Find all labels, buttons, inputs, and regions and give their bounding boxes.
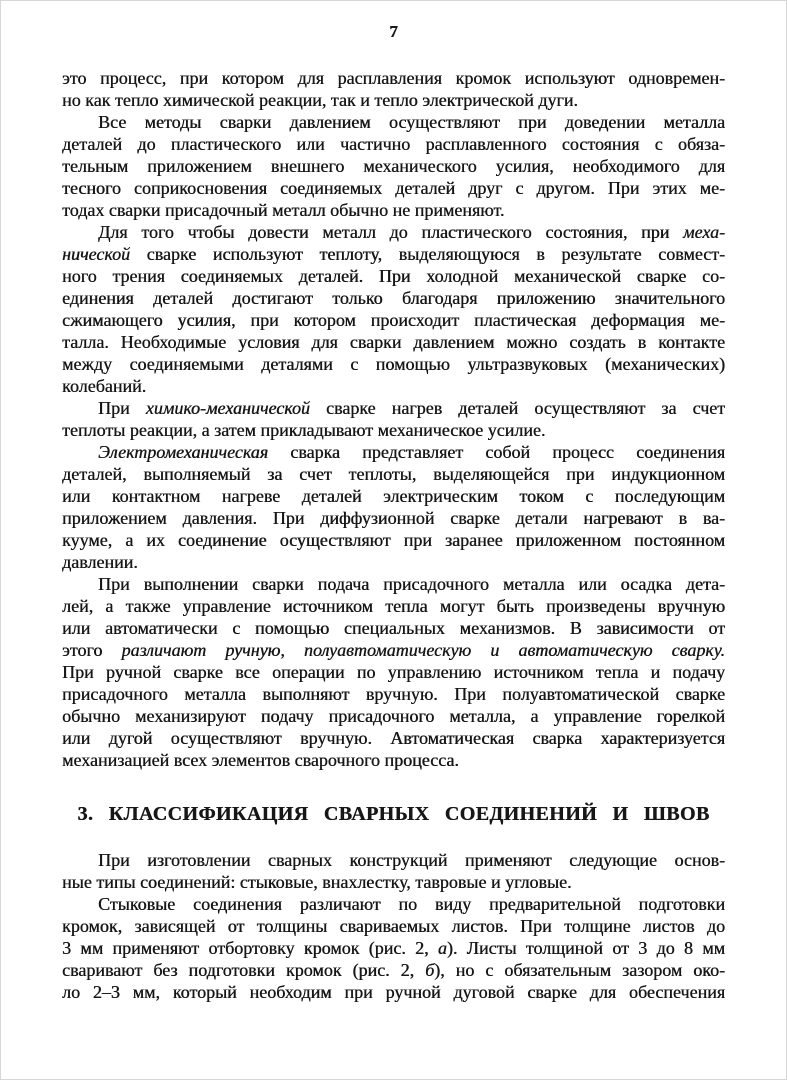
text-line: ного трения соединяемых деталей. При хол… bbox=[62, 265, 725, 287]
text-segment: При ручной сварке все операции по управл… bbox=[62, 662, 725, 682]
text-line: 3 мм применяют отбортовку кромок (рис. 2… bbox=[62, 937, 725, 959]
text-line: теплоты реакции, а затем прикладывают ме… bbox=[62, 419, 725, 441]
text-segment-italic: различают ручную, полуавтоматическую и а… bbox=[121, 640, 725, 660]
text-segment-italic: химико-механической bbox=[146, 398, 310, 418]
text-segment: ные типы соединений: стыковые, внахлестк… bbox=[62, 872, 571, 892]
text-line: или дугой осуществляют вручную. Автомати… bbox=[62, 727, 725, 749]
text-segment: ного трения соединяемых деталей. При хол… bbox=[62, 266, 725, 286]
text-segment: но как тепло химической реакции, так и т… bbox=[62, 90, 578, 110]
text-segment: При выполнении сварки подача присадочног… bbox=[98, 574, 725, 594]
text-section-after-heading: При изготовлении сварных конструкций при… bbox=[62, 849, 725, 1003]
text-segment: этого bbox=[62, 640, 121, 660]
text-section-before-heading: это процесс, при котором для расплавлени… bbox=[62, 67, 725, 771]
text-segment-italic: меха- bbox=[683, 222, 725, 242]
text-line: деталей до пластического или частично ра… bbox=[62, 133, 725, 155]
text-segment: деталей, выполняемый за счет теплоты, вы… bbox=[62, 464, 725, 484]
text-line: нической сварке используют теплоту, выде… bbox=[62, 243, 725, 265]
text-segment-italic: Электромеханическая bbox=[98, 442, 268, 462]
text-segment: При изготовлении сварных конструкций при… bbox=[98, 850, 725, 870]
text-segment: единения деталей достигают только благод… bbox=[62, 288, 725, 308]
text-line: но как тепло химической реакции, так и т… bbox=[62, 89, 725, 111]
text-segment: Для того чтобы довести металл до пластич… bbox=[98, 222, 683, 242]
text-segment: теплоты реакции, а затем прикладывают ме… bbox=[62, 420, 545, 440]
text-segment: Все методы сварки давлением осуществляют… bbox=[98, 112, 725, 132]
text-segment: кууме, а их соединение осуществляют при … bbox=[62, 530, 725, 550]
text-line: тесного соприкосновения соединяемых дета… bbox=[62, 177, 725, 199]
text-line: талла. Необходимые условия для сварки да… bbox=[62, 331, 725, 353]
text-segment: сварке нагрев деталей осуществляют за сч… bbox=[310, 398, 725, 418]
text-segment: сварке используют теплоту, выделяющуюся … bbox=[130, 244, 725, 264]
text-line: лей, а также управление источником тепла… bbox=[62, 595, 725, 617]
text-segment: это процесс, при котором для расплавлени… bbox=[62, 68, 725, 88]
text-segment: или дугой осуществляют вручную. Автомати… bbox=[62, 728, 725, 748]
text-line: Все методы сварки давлением осуществляют… bbox=[62, 111, 725, 133]
text-segment: ), но с обязательным зазором око- bbox=[434, 960, 725, 980]
text-line: сваривают без подготовки кромок (рис. 2,… bbox=[62, 959, 725, 981]
text-line: или контактном нагреве деталей электриче… bbox=[62, 485, 725, 507]
text-segment: механизацией всех элементов сварочного п… bbox=[62, 750, 459, 770]
text-segment: лей, а также управление источником тепла… bbox=[62, 596, 725, 616]
text-segment: тесного соприкосновения соединяемых дета… bbox=[62, 178, 725, 198]
text-segment: тельным приложением внешнего механическо… bbox=[62, 156, 725, 176]
text-line: между соединяемыми деталями с помощью ул… bbox=[62, 353, 725, 375]
text-line: При химико-механической сварке нагрев де… bbox=[62, 397, 725, 419]
text-line: При изготовлении сварных конструкций при… bbox=[62, 849, 725, 871]
text-line: Стыковые соединения различают по виду пр… bbox=[62, 893, 725, 915]
text-line: тодах сварки присадочный металл обычно н… bbox=[62, 199, 725, 221]
text-body: это процесс, при котором для расплавлени… bbox=[62, 67, 725, 1003]
text-line: колебаний. bbox=[62, 375, 725, 397]
text-segment: При bbox=[98, 398, 146, 418]
text-segment: ). Листы толщиной от 3 до 8 мм bbox=[447, 938, 725, 958]
text-line: механизацией всех элементов сварочного п… bbox=[62, 749, 725, 771]
text-line: При ручной сварке все операции по управл… bbox=[62, 661, 725, 683]
text-segment: колебаний. bbox=[62, 376, 146, 396]
text-segment: приложением давления. При диффузионной с… bbox=[62, 508, 725, 528]
text-line: Для того чтобы довести металл до пластич… bbox=[62, 221, 725, 243]
text-segment: сжимающего усилия, при котором происходи… bbox=[62, 310, 725, 330]
text-segment-italic: нической bbox=[62, 244, 130, 264]
text-segment: обычно механизируют подачу присадочного … bbox=[62, 706, 725, 726]
text-segment: давлении. bbox=[62, 552, 138, 572]
text-line: тельным приложением внешнего механическо… bbox=[62, 155, 725, 177]
text-line: Электромеханическая сварка представляет … bbox=[62, 441, 725, 463]
section-heading: 3. КЛАССИФИКАЦИЯ СВАРНЫХ СОЕДИНЕНИЙ И ШВ… bbox=[62, 802, 725, 826]
text-line: приложением давления. При диффузионной с… bbox=[62, 507, 725, 529]
text-line: или автоматически с помощью специальных … bbox=[62, 617, 725, 639]
text-segment: или автоматически с помощью специальных … bbox=[62, 618, 725, 638]
text-line: присадочного металла выполняют вручную. … bbox=[62, 683, 725, 705]
text-line: единения деталей достигают только благод… bbox=[62, 287, 725, 309]
text-segment-italic: б bbox=[425, 960, 434, 980]
text-line: этого различают ручную, полуавтоматическ… bbox=[62, 639, 725, 661]
text-segment: присадочного металла выполняют вручную. … bbox=[62, 684, 725, 704]
text-segment-italic: а bbox=[438, 938, 447, 958]
text-segment: или контактном нагреве деталей электриче… bbox=[62, 486, 725, 506]
page-number: 7 bbox=[1, 22, 786, 42]
text-line: давлении. bbox=[62, 551, 725, 573]
text-line: ло 2–3 мм, который необходим при ручной … bbox=[62, 981, 725, 1003]
text-line: При выполнении сварки подача присадочног… bbox=[62, 573, 725, 595]
document-page: 7 это процесс, при котором для расплавле… bbox=[0, 0, 787, 1080]
text-line: сжимающего усилия, при котором происходи… bbox=[62, 309, 725, 331]
text-segment: сварка представляет собой процесс соедин… bbox=[268, 442, 725, 462]
text-segment: сваривают без подготовки кромок (рис. 2, bbox=[62, 960, 425, 980]
text-segment: деталей до пластического или частично ра… bbox=[62, 134, 725, 154]
text-segment: Стыковые соединения различают по виду пр… bbox=[98, 894, 725, 914]
text-segment: между соединяемыми деталями с помощью ул… bbox=[62, 354, 725, 374]
text-segment: 3 мм применяют отбортовку кромок (рис. 2… bbox=[62, 938, 438, 958]
text-segment: ло 2–3 мм, который необходим при ручной … bbox=[62, 982, 725, 1002]
text-line: обычно механизируют подачу присадочного … bbox=[62, 705, 725, 727]
text-line: кууме, а их соединение осуществляют при … bbox=[62, 529, 725, 551]
text-line: кромок, зависящей от толщины свариваемых… bbox=[62, 915, 725, 937]
text-line: ные типы соединений: стыковые, внахлестк… bbox=[62, 871, 725, 893]
text-segment: талла. Необходимые условия для сварки да… bbox=[62, 332, 725, 352]
text-line: это процесс, при котором для расплавлени… bbox=[62, 67, 725, 89]
text-segment: кромок, зависящей от толщины свариваемых… bbox=[62, 916, 725, 936]
text-segment: тодах сварки присадочный металл обычно н… bbox=[62, 200, 504, 220]
text-line: деталей, выполняемый за счет теплоты, вы… bbox=[62, 463, 725, 485]
